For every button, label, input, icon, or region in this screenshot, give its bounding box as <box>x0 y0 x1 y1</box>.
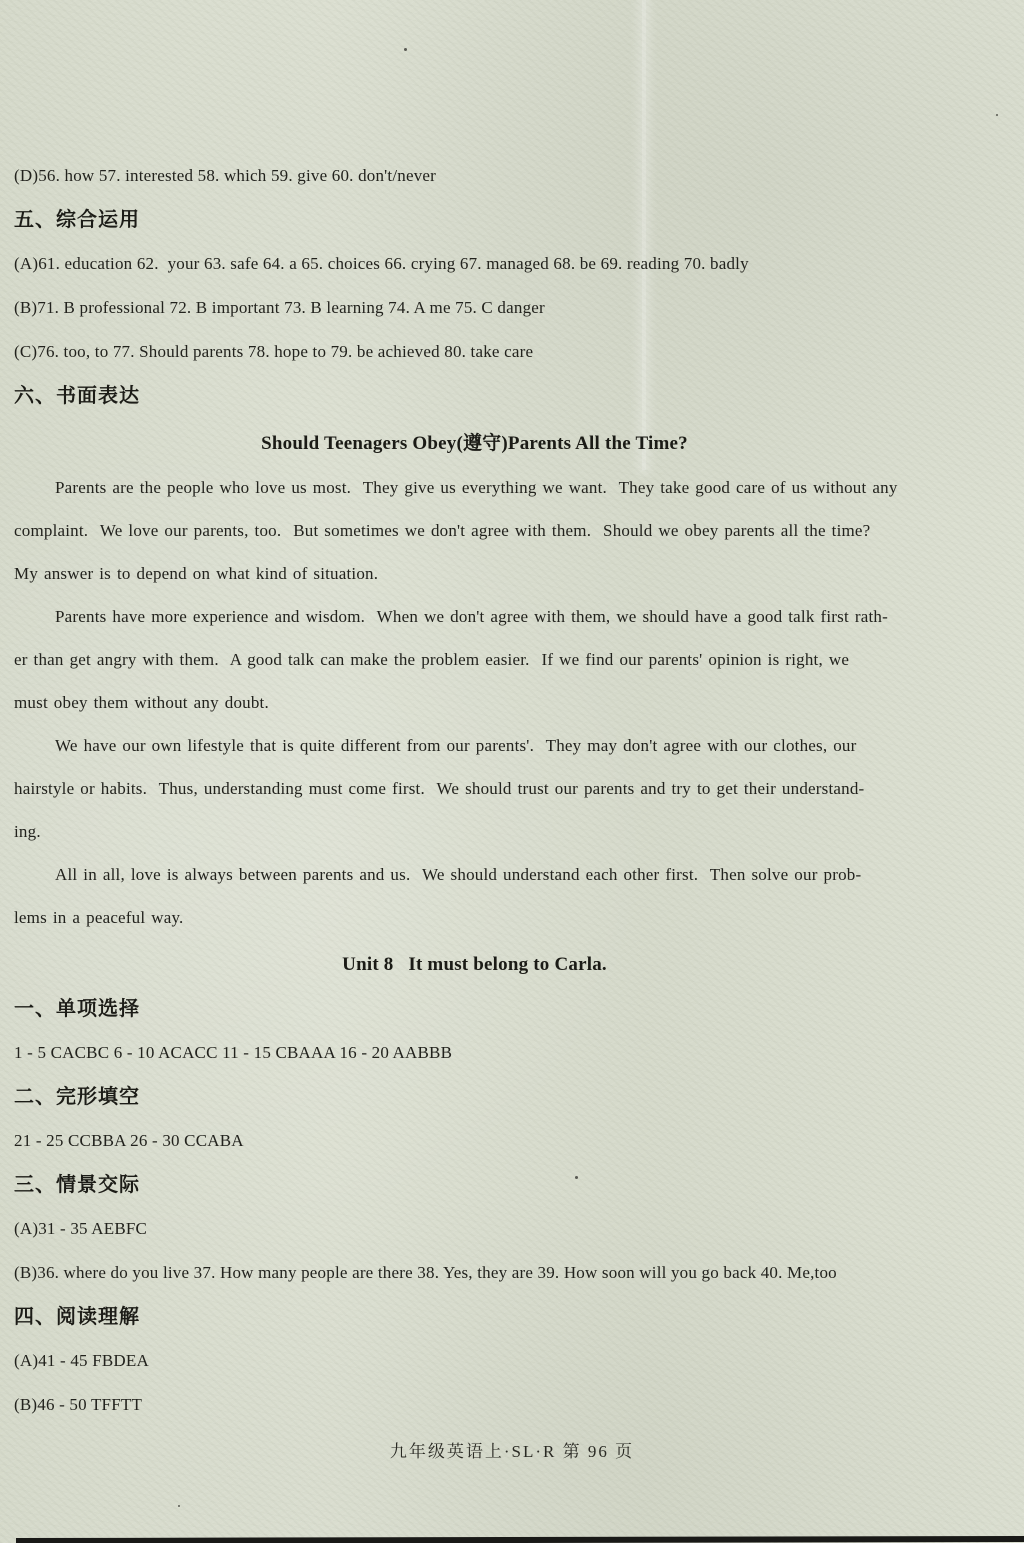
essay-line: er than get angry with them. A good talk… <box>14 638 935 681</box>
section5-answer-a: (A)61. education 62. your 63. safe 64. a… <box>14 242 935 286</box>
ink-speck <box>178 1505 180 1507</box>
unit8-section4-answer-a: (A)41 - 45 FBDEA <box>14 1339 935 1383</box>
unit8-section2-answers: 21 - 25 CCBBA 26 - 30 CCABA <box>14 1119 935 1163</box>
scan-edge-shadow <box>16 1536 1024 1543</box>
section5-heading: 五、综合运用 <box>14 198 935 242</box>
essay-line: All in all, love is always between paren… <box>14 853 935 896</box>
section5-answer-c: (C)76. too, to 77. Should parents 78. ho… <box>14 330 935 374</box>
essay-line: Parents are the people who love us most.… <box>14 466 935 509</box>
ink-speck <box>996 114 998 116</box>
essay-line: hairstyle or habits. Thus, understanding… <box>14 767 935 810</box>
document-scan: { "page": { "paper_color": "#dadecf", "i… <box>0 0 1024 1543</box>
text-column: (D)56. how 57. interested 58. which 59. … <box>14 154 935 1427</box>
ink-speck <box>404 48 407 51</box>
unit8-section1-answers: 1 - 5 CACBC 6 - 10 ACACC 11 - 15 CBAAA 1… <box>14 1031 935 1075</box>
scanned-answer-page: (D)56. how 57. interested 58. which 59. … <box>0 0 1024 1543</box>
essay-line: ing. <box>14 810 935 853</box>
section5-answer-b: (B)71. B professional 72. B important 73… <box>14 286 935 330</box>
unit8-title: Unit 8 It must belong to Carla. <box>14 943 935 987</box>
page-footer: 九年级英语上·SL·R 第 96 页 <box>0 1438 1024 1466</box>
section6-heading: 六、书面表达 <box>14 374 935 418</box>
essay-line: We have our own lifestyle that is quite … <box>14 724 935 767</box>
unit8-section4-answer-b: (B)46 - 50 TFFTT <box>14 1383 935 1427</box>
unit8-section2-heading: 二、完形填空 <box>14 1075 935 1119</box>
essay-line: Parents have more experience and wisdom.… <box>14 595 935 638</box>
essay-line: My answer is to depend on what kind of s… <box>14 552 935 595</box>
unit8-section3-answer-b: (B)36. where do you live 37. How many pe… <box>14 1251 935 1295</box>
unit8-section3-heading: 三、情景交际 <box>14 1163 935 1207</box>
unit8-section1-heading: 一、单项选择 <box>14 987 935 1031</box>
essay-line: must obey them without any doubt. <box>14 681 935 724</box>
unit8-section4-heading: 四、阅读理解 <box>14 1295 935 1339</box>
essay-title: Should Teenagers Obey(遵守)Parents All the… <box>14 422 935 466</box>
essay-line: complaint. We love our parents, too. But… <box>14 509 935 552</box>
answer-line-d: (D)56. how 57. interested 58. which 59. … <box>14 154 935 198</box>
unit8-section3-answer-a: (A)31 - 35 AEBFC <box>14 1207 935 1251</box>
essay-line: lems in a peaceful way. <box>14 896 935 939</box>
